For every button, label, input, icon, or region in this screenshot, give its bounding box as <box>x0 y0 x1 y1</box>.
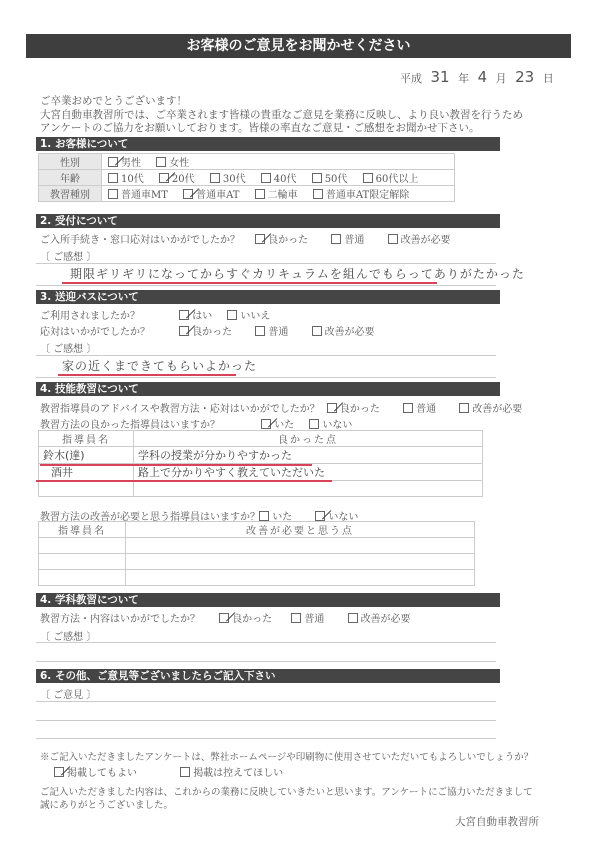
reception-comment-label: 〔 ご感想 〕 <box>40 248 96 263</box>
date-year[interactable]: 31 <box>431 68 450 86</box>
intro-line-2: 大宮自動車教習所では、ご卒業されます皆様の貴重なご意見を業務に反映し、より良い教… <box>40 109 523 123</box>
divider <box>36 263 496 264</box>
table-row <box>39 538 475 554</box>
checkbox-icon[interactable] <box>156 157 166 167</box>
instructor-name-cell[interactable] <box>39 538 126 554</box>
license-option-at-limit-removal[interactable]: 普通車AT限定解除 <box>313 186 409 201</box>
consent-question: ※ご記入いただきましたアンケートは、弊社ホームページや印刷物に使用させていただい… <box>40 751 533 764</box>
section-3-header: 3. 送迎バスについて <box>36 290 500 304</box>
divider <box>36 377 496 378</box>
checkbox-icon[interactable] <box>255 326 265 336</box>
instructor-question: 教習指導員のアドバイスや教習方法・応対はいかがでしたか？ 良かった 普通 改善が… <box>40 400 534 415</box>
improve-point-cell[interactable] <box>126 570 475 586</box>
age-label: 年齢 <box>39 170 102 186</box>
bus-used-question: ご利用されましたか？ はい いいえ <box>40 307 282 322</box>
table-row: 鈴木(達) 学科の授業が分かりやすかった <box>39 447 483 464</box>
checkbox-icon[interactable] <box>227 310 237 320</box>
red-underline <box>62 282 437 284</box>
checkbox-icon[interactable] <box>210 173 220 183</box>
intro-line-1: ご卒業おめでとうございます！ <box>40 95 523 109</box>
checkbox-checked-icon[interactable] <box>54 767 64 777</box>
divider <box>36 642 496 643</box>
date-day[interactable]: 23 <box>515 68 534 86</box>
section-1-header: 1. お客様について <box>36 137 500 151</box>
improve-instructor-table: 指導員名 改善が必要と思う点 <box>38 521 475 586</box>
license-type-label: 教習種別 <box>39 186 102 202</box>
bus-service-improve[interactable]: 改善が必要 <box>312 323 375 338</box>
checkbox-checked-icon[interactable] <box>179 310 189 320</box>
red-underline <box>58 374 236 376</box>
instructor-name-cell[interactable]: 酒井 <box>39 464 134 481</box>
improve-point-cell[interactable] <box>126 554 475 570</box>
classroom-option-good[interactable]: 良かった <box>219 610 272 625</box>
checkbox-icon[interactable] <box>313 189 323 199</box>
bus-used-no[interactable]: いいえ <box>227 307 270 322</box>
checkbox-icon[interactable] <box>403 403 413 413</box>
checkbox-icon[interactable] <box>180 767 190 777</box>
checkbox-checked-icon[interactable] <box>261 419 271 429</box>
instructor-option-good[interactable]: 良かった <box>327 400 380 415</box>
good-instructor-no[interactable]: いない <box>309 416 352 431</box>
table-row <box>39 481 483 497</box>
thanks-text: ご記入いただきました内容は、これからの業務に反映していきたいと思います。アンケー… <box>40 786 533 812</box>
reception-comment[interactable]: 期限ギリギリになってからすぐカリキュラムを組んでもらってありがたかった <box>70 265 525 282</box>
license-option-mt[interactable]: 普通車MT <box>108 186 168 201</box>
divider <box>36 701 496 702</box>
checkbox-icon[interactable] <box>309 419 319 429</box>
gender-option-female[interactable]: 女性 <box>156 154 189 169</box>
checkbox-icon[interactable] <box>348 613 358 623</box>
divider <box>36 355 496 356</box>
bus-service-question: 応対はいかがでしたか？ 良かった 普通 改善が必要 <box>40 323 387 338</box>
bus-service-normal[interactable]: 普通 <box>255 323 288 338</box>
instructor-option-normal[interactable]: 普通 <box>403 400 436 415</box>
instructor-name-cell[interactable]: 鈴木(達) <box>39 447 134 464</box>
date-day-label: 日 <box>543 72 554 85</box>
age-option-30s[interactable]: 30代 <box>210 170 246 185</box>
table-header: 指導員名 良かった点 <box>39 431 483 447</box>
checkbox-icon[interactable] <box>312 173 322 183</box>
improve-point-cell[interactable] <box>126 538 475 554</box>
divider <box>36 720 496 721</box>
age-option-60s-plus[interactable]: 60代以上 <box>363 170 419 185</box>
reception-option-normal[interactable]: 普通 <box>331 231 364 246</box>
divider <box>36 661 496 662</box>
checkbox-icon[interactable] <box>459 403 469 413</box>
section-4-header: 4. 技能教習について <box>36 382 500 396</box>
checkbox-icon[interactable] <box>261 173 271 183</box>
section-6-header: 6. その他、ご意見等ございましたらご記入下さい <box>36 669 500 683</box>
col-good-points: 良かった点 <box>134 431 483 447</box>
checkbox-icon[interactable] <box>291 613 301 623</box>
col-instructor-name: 指導員名 <box>39 431 134 447</box>
thanks-line-2: 誠にありがとうございました。 <box>40 799 533 812</box>
gender-row: 性別 男性 女性 <box>39 154 455 170</box>
gender-option-male[interactable]: 男性 <box>108 154 141 169</box>
section-2-header: 2. 受付について <box>36 214 500 228</box>
good-point-cell[interactable]: 学科の授業が分かりやすかった <box>134 447 483 464</box>
checkbox-icon[interactable] <box>363 173 373 183</box>
customer-info-table: 性別 男性 女性 年齢 10代 20代 30代 40代 50代 60代以上 教習… <box>38 153 455 202</box>
consent-options: 掲載してもよい 掲載は控えてほしい <box>54 764 295 779</box>
checkbox-checked-icon[interactable] <box>219 613 229 623</box>
checkbox-checked-icon[interactable] <box>255 234 265 244</box>
reception-option-good[interactable]: 良かった <box>255 231 308 246</box>
age-row: 年齢 10代 20代 30代 40代 50代 60代以上 <box>39 170 455 186</box>
checkbox-checked-icon[interactable] <box>179 326 189 336</box>
red-underline <box>40 464 312 466</box>
divider <box>36 738 496 739</box>
other-comment-label: 〔 ご意見 〕 <box>40 686 96 701</box>
intro-text: ご卒業おめでとうございます！ 大宮自動車教習所では、ご卒業されます皆様の貴重なご… <box>40 95 523 136</box>
checkbox-checked-icon[interactable] <box>315 511 325 521</box>
checkbox-checked-icon[interactable] <box>183 189 193 199</box>
checkbox-checked-icon[interactable] <box>108 157 118 167</box>
instructor-name-cell[interactable] <box>39 570 126 586</box>
good-point-cell[interactable]: 路上で分かりやすく教えていただいた <box>134 464 483 481</box>
good-point-cell[interactable] <box>134 481 483 497</box>
date-field: 平成 31 年 4 月 23 日 <box>400 68 554 86</box>
table-row: 酒井 路上で分かりやすく教えていただいた <box>39 464 483 481</box>
intro-line-3: アンケートのご協力をお願いしております。皆様の率直なご意見・ご感想をお聞かせ下さ… <box>40 122 523 136</box>
age-option-50s[interactable]: 50代 <box>312 170 348 185</box>
date-era: 平成 <box>400 72 422 85</box>
good-instructor-question: 教習方法の良かった指導員はいますか？ いた いない <box>40 416 364 431</box>
date-year-label: 年 <box>458 72 469 85</box>
instructor-name-cell[interactable] <box>39 554 126 570</box>
bus-comment[interactable]: 家の近くまできてもらいよかった <box>62 357 257 374</box>
school-signature: 大宮自動車教習所 <box>455 814 539 829</box>
reception-question: ご入所手続き・窓口応対はいかがでしたか？ 良かった 普通 改善が必要 <box>40 231 463 246</box>
red-underline <box>36 480 332 482</box>
date-month-label: 月 <box>496 72 507 85</box>
age-option-10s[interactable]: 10代 <box>108 170 144 185</box>
survey-title: お客様のご意見をお聞かせください <box>26 34 571 58</box>
checkbox-checked-icon[interactable] <box>159 173 169 183</box>
checkbox-icon[interactable] <box>331 234 341 244</box>
checkbox-icon[interactable] <box>388 234 398 244</box>
divider <box>36 285 496 286</box>
table-header: 指導員名 改善が必要と思う点 <box>39 522 475 538</box>
license-option-at[interactable]: 普通車AT <box>183 186 239 201</box>
bus-service-good[interactable]: 良かった <box>179 323 232 338</box>
col-instructor-name: 指導員名 <box>39 522 126 538</box>
section-5-header: 4. 学科教習について <box>36 593 500 607</box>
good-instructor-yes[interactable]: いた <box>261 416 294 431</box>
instructor-option-improve[interactable]: 改善が必要 <box>459 400 522 415</box>
classroom-option-normal[interactable]: 普通 <box>291 610 324 625</box>
table-row <box>39 570 475 586</box>
classroom-comment-label: 〔 ご感想 〕 <box>40 628 96 643</box>
reception-option-improve[interactable]: 改善が必要 <box>388 231 451 246</box>
classroom-question: 教習方法・内容はいかがでしたか？ 良かった 普通 改善が必要 <box>40 610 423 625</box>
checkbox-icon[interactable] <box>259 511 269 521</box>
checkbox-icon[interactable] <box>108 173 118 183</box>
table-row <box>39 554 475 570</box>
checkbox-icon[interactable] <box>108 189 118 199</box>
checkbox-icon[interactable] <box>312 326 322 336</box>
license-option-motorcycle[interactable]: 二輪車 <box>255 186 298 201</box>
col-improve-points: 改善が必要と思う点 <box>126 522 475 538</box>
consent-option-deny[interactable]: 掲載は控えてほしい <box>180 764 283 779</box>
instructor-name-cell[interactable] <box>39 481 134 497</box>
checkbox-icon[interactable] <box>255 189 265 199</box>
thanks-line-1: ご記入いただきました内容は、これからの業務に反映していきたいと思います。アンケー… <box>40 786 533 799</box>
gender-label: 性別 <box>39 154 102 170</box>
consent-option-allow[interactable]: 掲載してもよい <box>54 764 137 779</box>
bus-comment-label: 〔 ご感想 〕 <box>40 340 96 355</box>
date-month[interactable]: 4 <box>478 68 488 86</box>
license-type-row: 教習種別 普通車MT 普通車AT 二輪車 普通車AT限定解除 <box>39 186 455 202</box>
checkbox-checked-icon[interactable] <box>327 403 337 413</box>
classroom-option-improve[interactable]: 改善が必要 <box>348 610 411 625</box>
age-option-40s[interactable]: 40代 <box>261 170 297 185</box>
